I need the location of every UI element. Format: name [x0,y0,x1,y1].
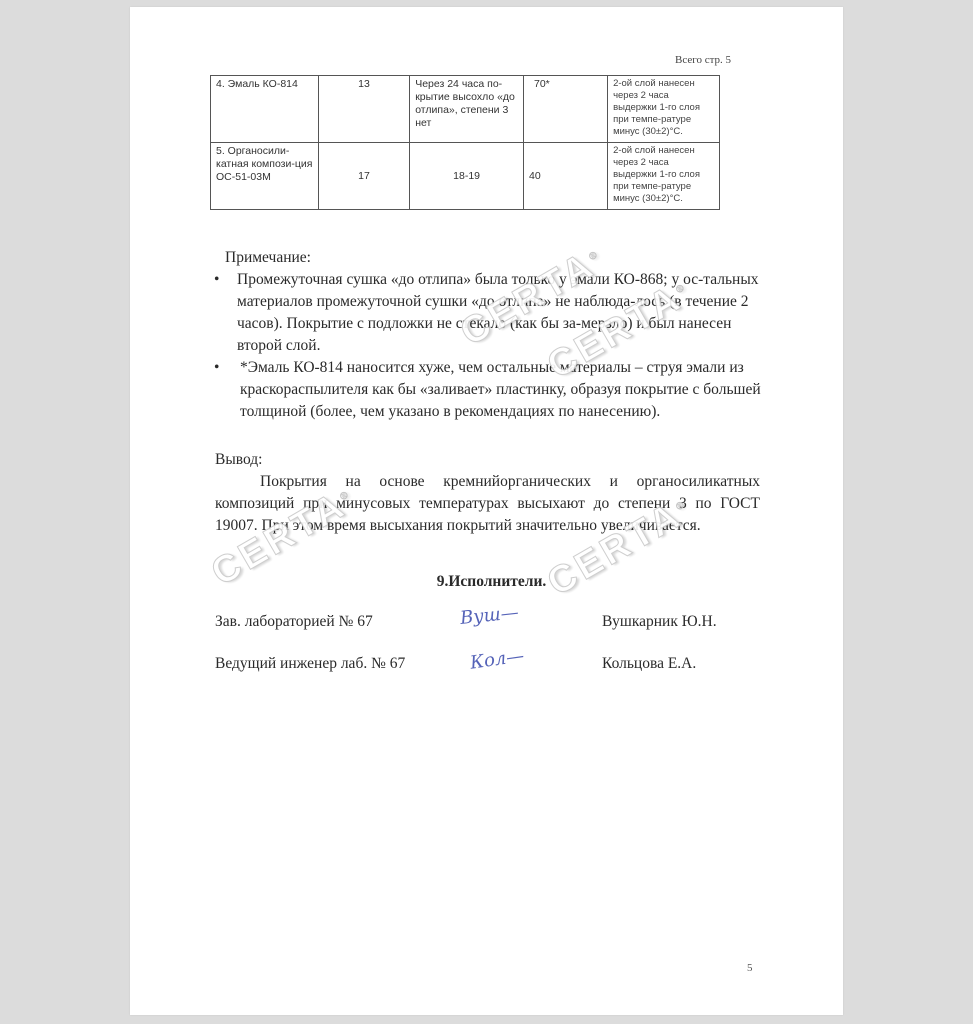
table-row: 4. Эмаль КО-814 13 Через 24 часа по-крыт… [211,76,720,143]
table-cell-thickness: 40 [523,143,607,210]
document-page: Всего стр. 5 4. Эмаль КО-814 13 Через 24… [130,7,843,1015]
results-table: 4. Эмаль КО-814 13 Через 24 часа по-крыт… [210,75,720,210]
bullet-icon: • [214,357,219,379]
table-row: 5. Органосили-катная компози-ция ОС-51-0… [211,143,720,210]
executor-name: Кольцова Е.А. [602,655,696,673]
watermark-registered: ® [587,248,602,263]
note-item: • Промежуточная сушка «до отлипа» была т… [214,269,774,357]
signature: Вуш— [459,602,520,629]
conclusion-paragraph: Покрытия на основе кремнийорганических и… [215,471,760,537]
note-item-text: *Эмаль КО-814 наносится хуже, чем осталь… [240,359,761,420]
table-cell-value: 13 [318,76,409,143]
table-cell-comment: 2-ой слой нанесен через 2 часа выдержки … [608,76,720,143]
note-item-text: Промежуточная сушка «до отлипа» была тол… [237,271,759,354]
conclusion-text: Покрытия на основе кремнийорганических и… [215,471,760,537]
table-cell-comment: 2-ой слой нанесен через 2 часа выдержки … [608,143,720,210]
table-cell-thickness: 70* [523,76,607,143]
signature: Кол— [469,645,526,673]
section-title: 9.Исполнители. [130,573,843,591]
note-title: Примечание: [225,249,311,267]
executor-role: Ведущий инженер лаб. № 67 [215,655,405,673]
table-cell-material: 4. Эмаль КО-814 [211,76,319,143]
total-pages-label: Всего стр. 5 [675,54,731,66]
page-number: 5 [747,962,753,974]
note-item: • *Эмаль КО-814 наносится хуже, чем оста… [214,357,774,423]
executor-name: Вушкарник Ю.Н. [602,613,717,631]
conclusion-title: Вывод: [215,451,262,469]
table-cell-value: 17 [318,143,409,210]
table-cell-material: 5. Органосили-катная компози-ция ОС-51-0… [211,143,319,210]
table-cell-drying: Через 24 часа по-крытие высохло «до отли… [410,76,524,143]
executor-role: Зав. лабораторией № 67 [215,613,373,631]
bullet-icon: • [214,269,219,291]
note-list: • Промежуточная сушка «до отлипа» была т… [214,269,774,423]
table-cell-drying: 18-19 [410,143,524,210]
